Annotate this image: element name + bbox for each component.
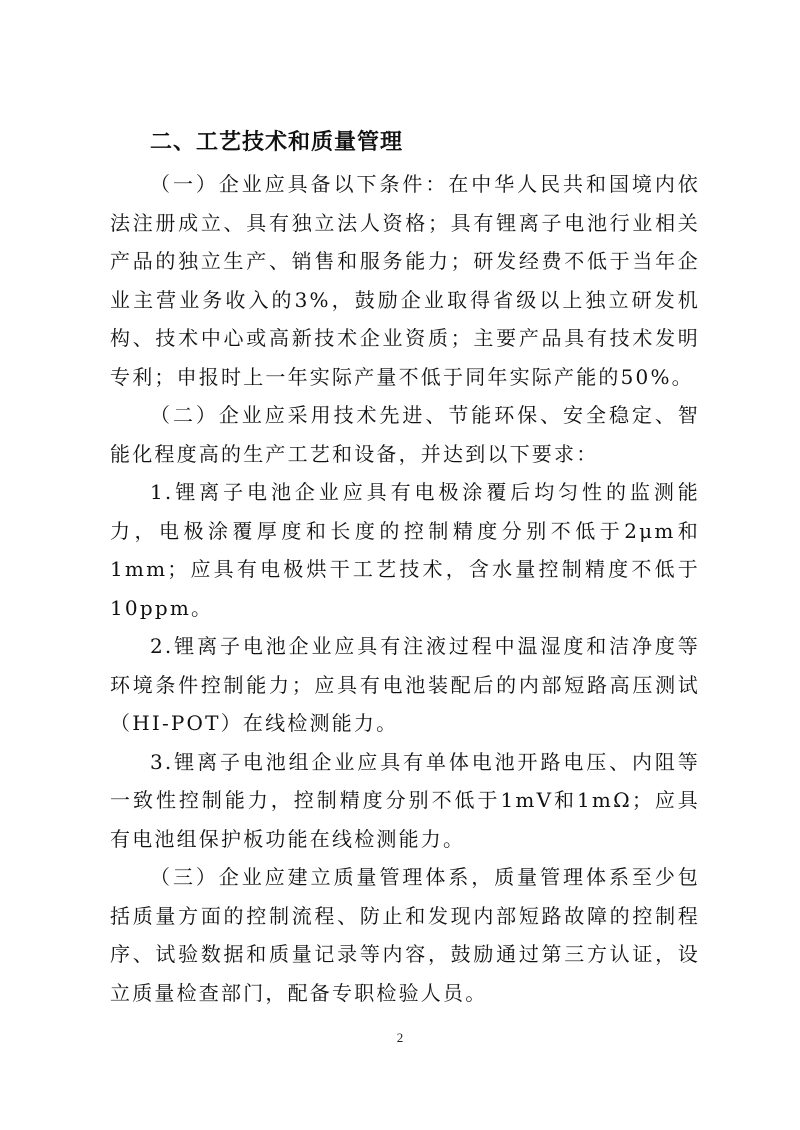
paragraph-item-3: 3.锂离子电池组企业应具有单体电池开路电压、内阻等一致性控制能力，控制精度分别不… xyxy=(110,743,700,859)
paragraph-requirement-2: （二）企业应采用技术先进、节能环保、安全稳定、智能化程度高的生产工艺和设备，并达… xyxy=(110,396,700,473)
paragraph-requirement-3: （三）企业应建立质量管理体系，质量管理体系至少包括质量方面的控制流程、防止和发现… xyxy=(110,858,700,1012)
document-body: （一）企业应具备以下条件：在中华人民共和国境内依法注册成立、具有独立法人资格；具… xyxy=(110,165,700,1012)
paragraph-item-1: 1.锂离子电池企业应具有电极涂覆后均匀性的监测能力，电极涂覆厚度和长度的控制精度… xyxy=(110,473,700,627)
page-number: 2 xyxy=(0,1030,800,1046)
section-heading: 二、工艺技术和质量管理 xyxy=(150,125,403,156)
paragraph-item-2: 2.锂离子电池企业应具有注液过程中温湿度和洁净度等环境条件控制能力；应具有电池装… xyxy=(110,627,700,743)
document-page: 二、工艺技术和质量管理 （一）企业应具备以下条件：在中华人民共和国境内依法注册成… xyxy=(0,0,800,1130)
paragraph-requirement-1: （一）企业应具备以下条件：在中华人民共和国境内依法注册成立、具有独立法人资格；具… xyxy=(110,165,700,396)
